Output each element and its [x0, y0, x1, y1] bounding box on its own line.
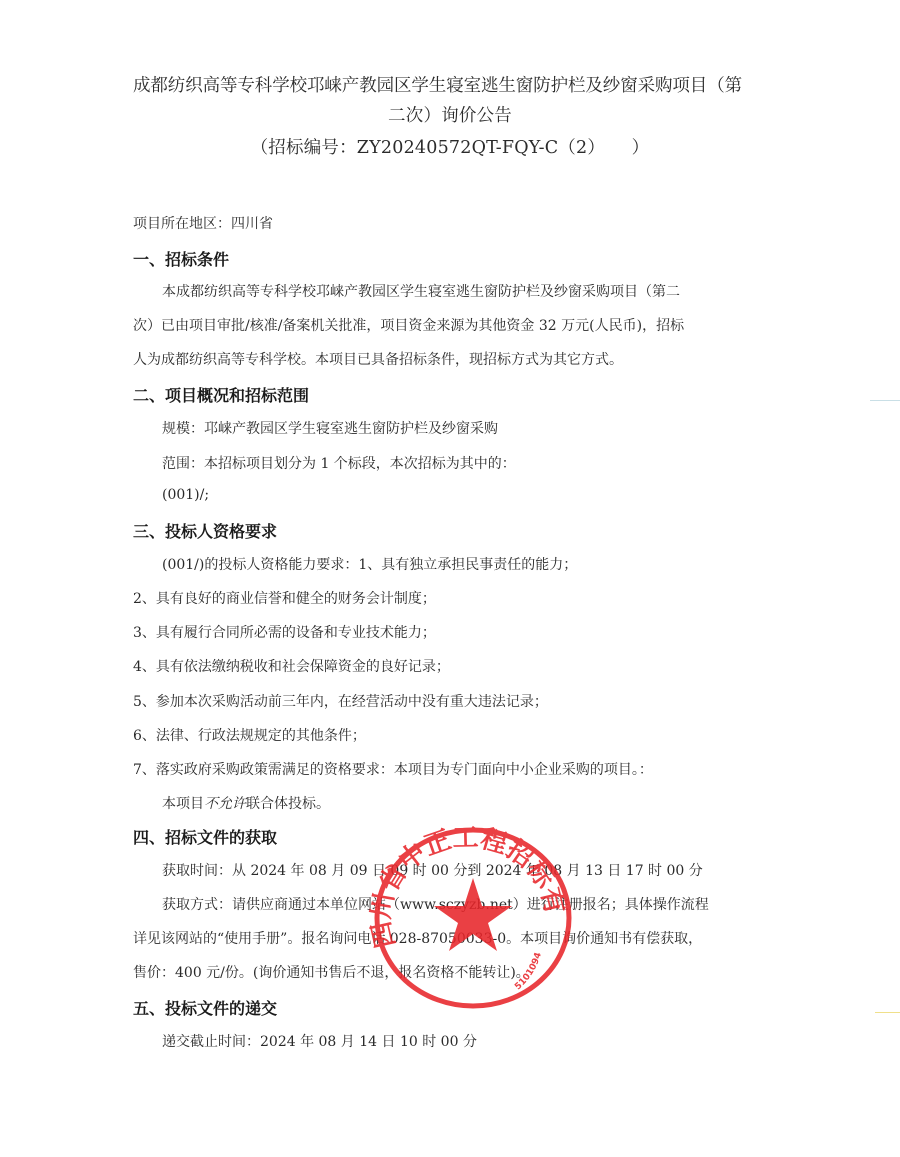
document-page: 成都纺织高等专科学校邛崃产教园区学生寝室逃生窗防护栏及纱窗采购项目（第 二次）询…: [0, 0, 900, 1157]
section-heading-3: 三、投标人资格要求: [133, 519, 277, 542]
official-seal-icon: 四川省中正工程招标有限公司 5101094: [368, 820, 578, 1015]
requirement-4: 4、具有依法缴纳税收和社会保障资金的良好记录；: [133, 656, 450, 676]
document-title-line-2: 二次）询价公告: [0, 102, 900, 127]
consortium-prefix: 本项目: [162, 796, 204, 812]
document-title-line-1: 成都纺织高等专科学校邛崃产教园区学生寝室逃生窗防护栏及纱窗采购项目（第: [133, 72, 773, 97]
requirement-7: 7、落实政府采购政策需满足的资格要求：本项目为专门面向中小企业采购的项目。：: [133, 759, 653, 779]
scan-mark: [870, 400, 900, 401]
section-heading-4: 四、招标文件的获取: [133, 825, 277, 848]
section-1-para-3: 人为成都纺织高等专科学校。本项目已具备招标条件，现招标方式为其它方式。: [133, 349, 623, 369]
project-region: 项目所在地区：四川省: [133, 213, 273, 233]
consortium-suffix: 联合体投标。: [246, 796, 330, 812]
consortium-note: 本项目不允许联合体投标。: [162, 793, 330, 813]
requirement-3: 3、具有履行合同所必需的设备和专业技术能力；: [133, 622, 436, 642]
requirement-6: 6、法律、行政法规规定的其他条件；: [133, 725, 366, 745]
tender-number: （招标编号：ZY20240572QT-FQY-C（2） ）: [0, 134, 900, 159]
section-2-scope: 范围：本招标项目划分为 1 个标段，本次招标为其中的：: [162, 453, 516, 473]
requirement-1: (001/)的投标人资格能力要求：1、具有独立承担民事责任的能力；: [162, 554, 577, 574]
acquisition-method-1: 获取方式：请供应商通过本单位网站（www.sczyzb.net）进行注册报名；具…: [162, 894, 709, 914]
requirement-5: 5、参加本次采购活动前三年内，在经营活动中没有重大违法记录；: [133, 691, 548, 711]
section-1-para-1: 本成都纺织高等专科学校邛崃产教园区学生寝室逃生窗防护栏及纱窗采购项目（第二: [162, 281, 680, 301]
section-2-scale: 规模：邛崃产教园区学生寝室逃生窗防护栏及纱窗采购: [162, 418, 498, 438]
consortium-emphasis: 不允许: [204, 796, 246, 812]
acquisition-price: 售价：400 元/份。(询价通知书售后不退，报名资格不能转让)。: [133, 962, 530, 982]
section-1-para-2: 次）已由项目审批/核准/备案机关批准，项目资金来源为其他资金 32 万元(人民币…: [133, 315, 684, 335]
acquisition-method-2: 详见该网站的“使用手册”。报名询问电话 028-87050033-0。本项目询价…: [133, 928, 702, 948]
section-heading-5: 五、投标文件的递交: [133, 996, 277, 1019]
submission-deadline: 递交截止时间：2024 年 08 月 14 日 10 时 00 分: [162, 1031, 477, 1051]
section-heading-1: 一、招标条件: [133, 247, 229, 270]
section-heading-2: 二、项目概况和招标范围: [133, 383, 309, 406]
scan-mark: [875, 1012, 900, 1013]
requirement-2: 2、具有良好的商业信誉和健全的财务会计制度；: [133, 588, 436, 608]
section-2-lot: (001)/;: [162, 487, 209, 503]
acquisition-time: 获取时间：从 2024 年 08 月 09 日 09 时 00 分到 2024 …: [162, 860, 703, 880]
